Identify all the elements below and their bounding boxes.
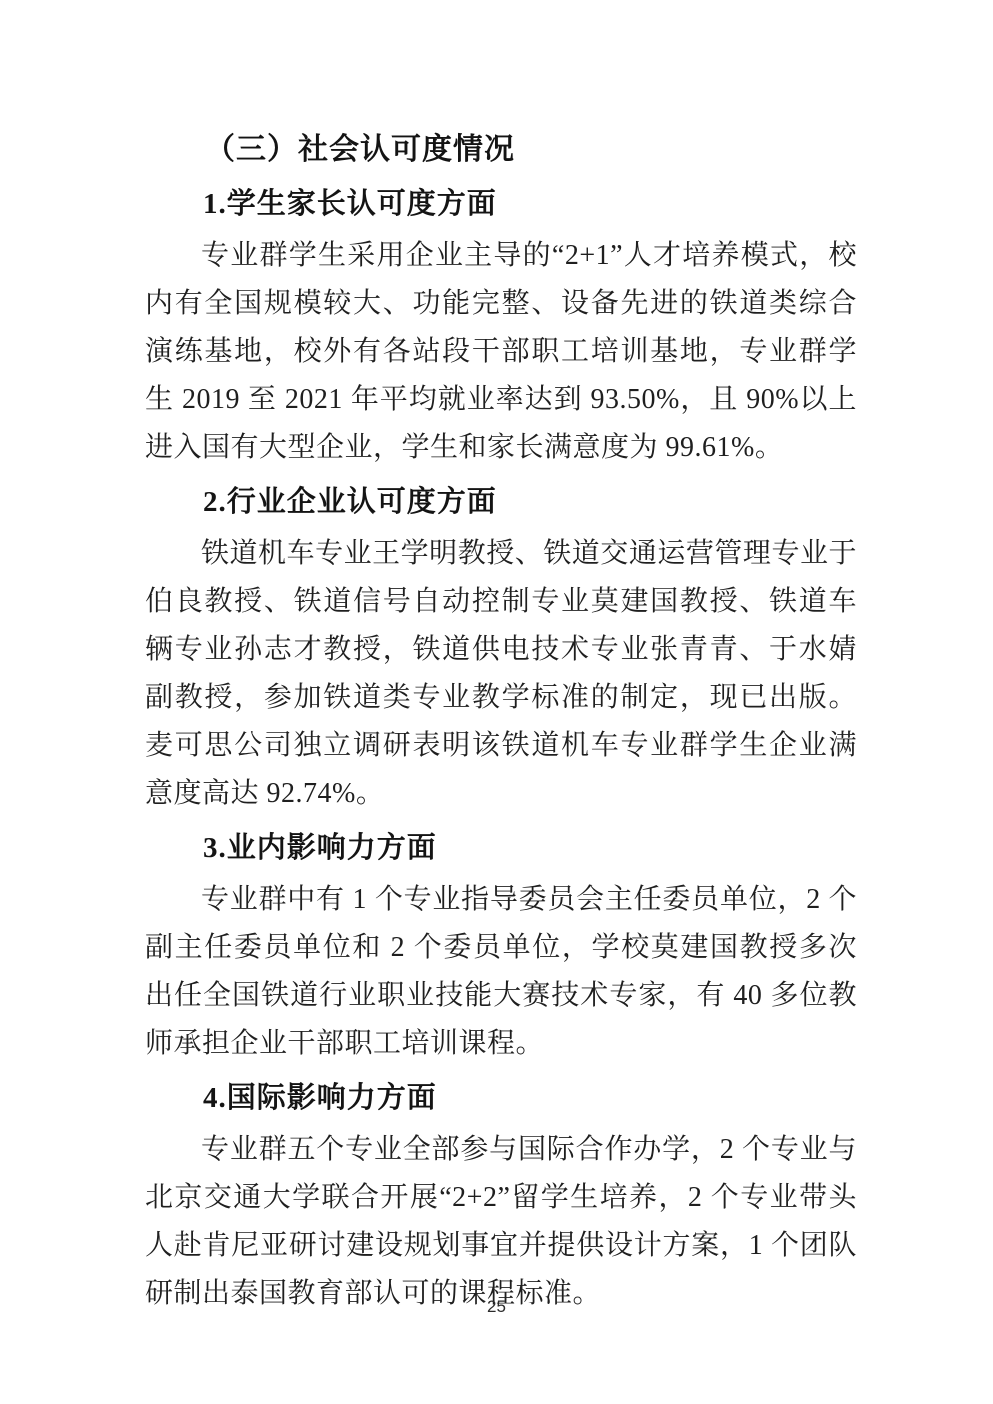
subsection-4-paragraph: 专业群五个专业全部参与国际合作办学，2 个专业与北京交通大学联合开展“2+2”留… <box>145 1126 857 1318</box>
document-page: （三）社会认可度情况 1.学生家长认可度方面 专业群学生采用企业主导的“2+1”… <box>0 0 993 1404</box>
subsection-4-heading: 4.国际影响力方面 <box>145 1074 857 1122</box>
subsection-2-heading: 2.行业企业认可度方面 <box>145 478 857 526</box>
subsection-3-heading: 3.业内影响力方面 <box>145 824 857 872</box>
page-number: 25 <box>0 1297 993 1317</box>
subsection-1-paragraph: 专业群学生采用企业主导的“2+1”人才培养模式，校内有全国规模较大、功能完整、设… <box>145 232 857 472</box>
subsection-1-heading: 1.学生家长认可度方面 <box>145 180 857 228</box>
document-body: （三）社会认可度情况 1.学生家长认可度方面 专业群学生采用企业主导的“2+1”… <box>145 126 857 1318</box>
subsection-3-paragraph: 专业群中有 1 个专业指导委员会主任委员单位，2 个副主任委员单位和 2 个委员… <box>145 876 857 1068</box>
subsection-2-paragraph: 铁道机车专业王学明教授、铁道交通运营管理专业于伯良教授、铁道信号自动控制专业莫建… <box>145 530 857 818</box>
section-heading: （三）社会认可度情况 <box>145 126 857 174</box>
